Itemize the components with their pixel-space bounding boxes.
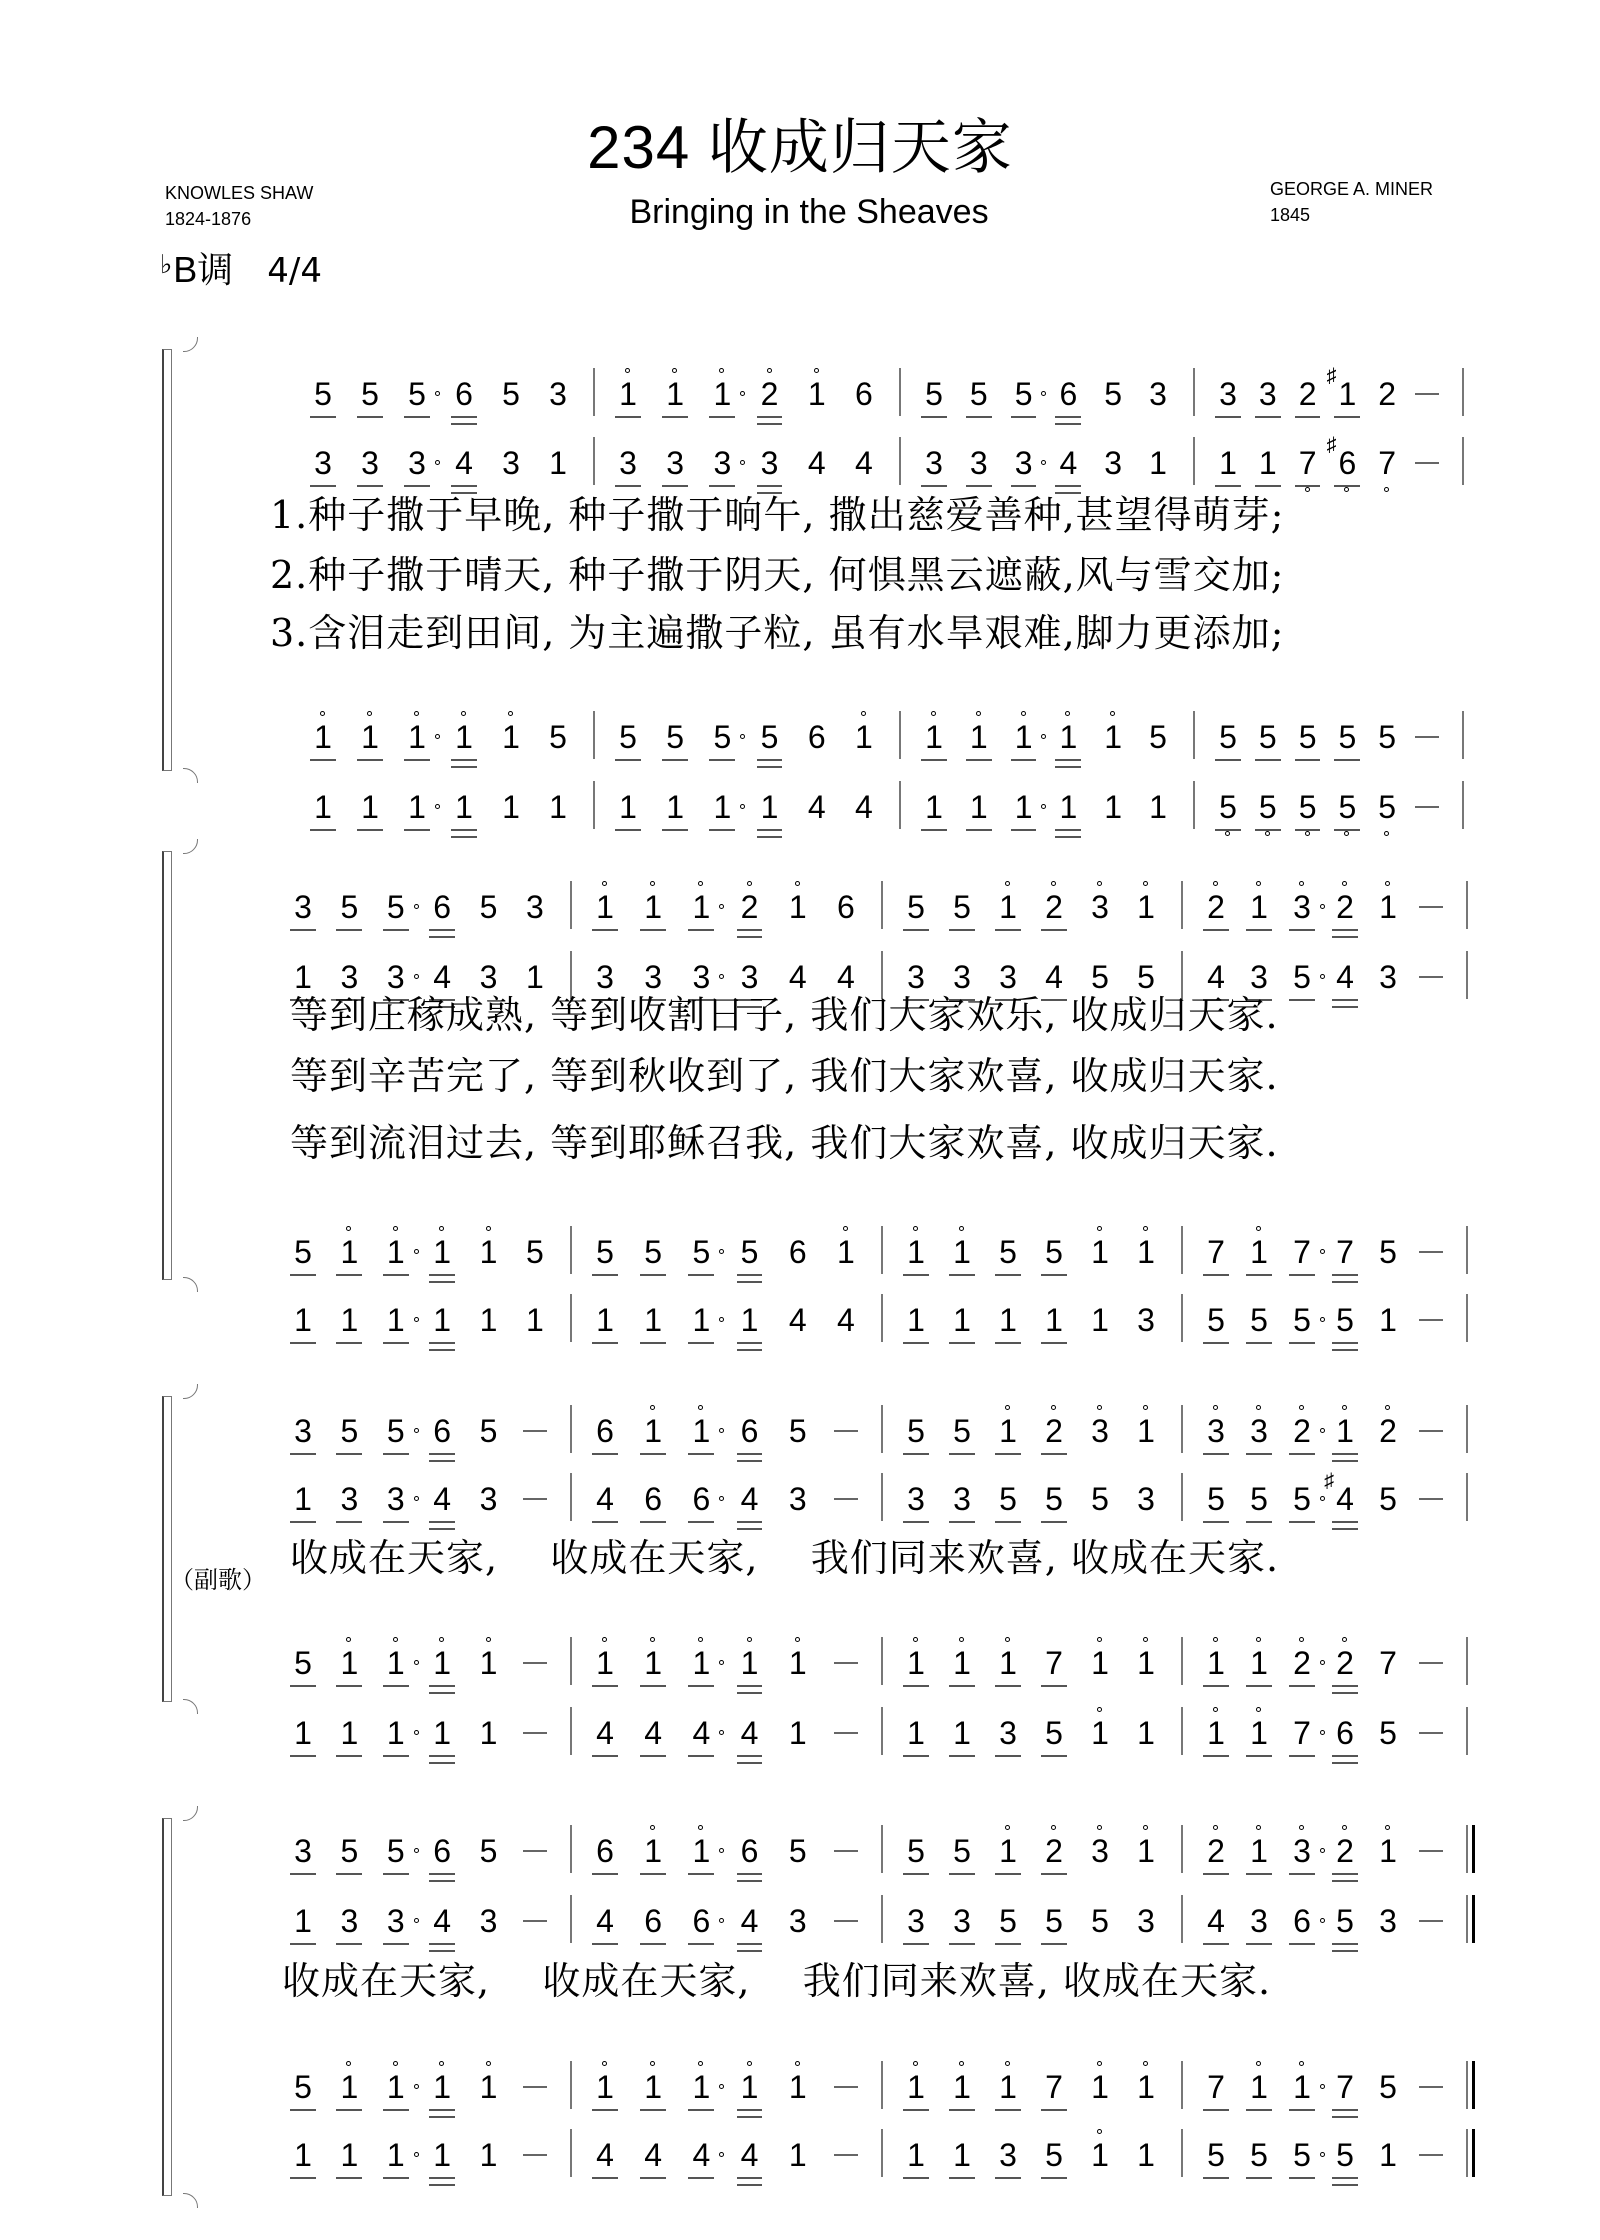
note: 1 — [737, 1300, 763, 1360]
note-digit: 1 — [999, 1643, 1017, 1683]
note: 4 — [640, 1713, 666, 1773]
note: 1 — [1203, 1643, 1229, 1703]
lyric-line-1: 收成在天家, 收成在天家, 我们同来欢喜, 收成在天家. — [282, 1957, 1271, 2005]
barline — [1466, 1405, 1468, 1453]
note-digit: 5 — [619, 717, 637, 757]
note-digit: 5 — [1336, 1300, 1354, 1340]
note: 3 — [1133, 1901, 1159, 1961]
note: 1 — [640, 2067, 666, 2127]
augmentation-dot-icon — [740, 734, 745, 739]
note-digit: 1 — [1259, 443, 1277, 483]
measure: 551231 — [903, 877, 1159, 937]
underline-beam — [1332, 1528, 1358, 1530]
note-digit: 5 — [314, 374, 332, 414]
underline-beam — [1332, 1762, 1358, 1764]
measure: 111111 — [290, 1290, 548, 1350]
underline-beam — [1246, 1274, 1272, 1276]
note-digit: 3 — [1015, 443, 1033, 483]
underline-beam — [737, 2116, 763, 2118]
high-octave-dot-icon — [767, 368, 772, 373]
note-digit: 7 — [1378, 443, 1396, 483]
note: 6 — [737, 1411, 763, 1471]
note-digit: 1 — [1336, 1411, 1354, 1451]
hold-dash — [1418, 1643, 1444, 1703]
note: 6 — [429, 887, 455, 947]
note: 1 — [737, 1643, 763, 1703]
barline — [1181, 2129, 1183, 2177]
underline-beam — [1215, 759, 1241, 761]
underline-beam — [429, 929, 455, 931]
note: 5 — [921, 374, 947, 434]
note: 5 — [1374, 787, 1400, 847]
barline — [1466, 1294, 1468, 1342]
note: 5 — [903, 1411, 929, 1471]
dash-glyph — [1419, 1850, 1443, 1852]
underline-beam — [451, 423, 477, 425]
high-octave-dot-icon — [913, 1637, 918, 1642]
note: 1 — [903, 1300, 929, 1360]
note-digit: 1 — [361, 717, 379, 757]
measure: 555653 — [921, 364, 1171, 424]
note-digit: 1 — [953, 1300, 971, 1340]
underline-beam — [737, 1873, 763, 1875]
note: 1 — [1087, 1643, 1113, 1703]
note-digit: 5 — [502, 374, 520, 414]
note-digit: 5 — [1045, 1232, 1063, 1272]
underline-beam — [310, 829, 336, 831]
augmentation-dot-icon — [719, 1848, 724, 1853]
low-octave-dot-icon — [1305, 487, 1310, 492]
note-digit: 1 — [1137, 2067, 1155, 2107]
lyric-line-2: 等到辛苦完了, 等到秋收到了, 我们大家欢喜, 收成归天家. — [290, 1052, 1279, 1100]
note: 5 — [404, 374, 430, 434]
note-digit: 5 — [294, 1643, 312, 1683]
staff-row-soprano: 355656116555123133212 — [0, 1401, 1600, 1461]
underline-beam — [1041, 2109, 1067, 2111]
note: 7 — [1041, 2067, 1067, 2127]
note-digit: 1 — [1149, 443, 1167, 483]
note: 1 — [545, 787, 571, 847]
measure: 111144 — [615, 777, 877, 837]
note: 3 — [336, 1479, 362, 1539]
underline-beam — [757, 416, 783, 418]
note: 4 — [429, 1901, 455, 1961]
measure: 11111 — [290, 1703, 548, 1763]
note-digit: 5 — [340, 1411, 358, 1451]
dash-glyph — [1415, 806, 1439, 808]
measure: 35565 — [290, 1821, 548, 1881]
dash-glyph — [523, 1498, 547, 1500]
note: 4 — [640, 2135, 666, 2195]
high-octave-dot-icon — [698, 1825, 703, 1830]
note: 7 — [1375, 1643, 1401, 1703]
key-signature: ♭B调4/4 — [160, 248, 322, 293]
underline-beam — [451, 485, 477, 487]
underline-beam — [757, 836, 783, 838]
note-digit: 3 — [408, 443, 426, 483]
underline-beam — [1289, 2109, 1315, 2111]
underline-beam — [640, 1453, 666, 1455]
composer-years: 1845 — [1270, 202, 1433, 228]
note-digit: 1 — [340, 1232, 358, 1272]
high-octave-dot-icon — [747, 881, 752, 886]
note-digit: 7 — [1336, 2067, 1354, 2107]
note: 4 — [833, 1300, 859, 1360]
underline-beam — [1203, 1342, 1229, 1344]
note-digit: 5 — [1338, 717, 1356, 757]
note: 1 — [688, 2067, 714, 2127]
note: 1 — [1145, 787, 1171, 847]
note: 1 — [429, 2067, 455, 2127]
high-octave-dot-icon — [1342, 1637, 1347, 1642]
note-digit: 6 — [741, 1411, 759, 1451]
underline-beam — [640, 1342, 666, 1344]
underline-beam — [903, 1943, 929, 1945]
underline-beam — [737, 2177, 763, 2179]
augmentation-dot-icon — [740, 460, 745, 465]
note-digit: 3 — [1250, 1411, 1268, 1451]
note: 1 — [1246, 1643, 1272, 1703]
underline-beam — [688, 1453, 714, 1455]
underline-beam — [1055, 766, 1081, 768]
note-digit: 4♯ — [1336, 1479, 1354, 1519]
note: 7 — [1374, 443, 1400, 503]
note: 5 — [1289, 2135, 1315, 2195]
underline-beam — [1011, 416, 1037, 418]
note-digit: 5 — [1219, 787, 1237, 827]
note-digit: 2 — [1293, 1411, 1311, 1451]
note-digit: 5 — [1250, 1300, 1268, 1340]
lyric-line-3: 3.含泪走到田间, 为主遍撒子粒, 虽有水旱艰难,脚力更添加; — [270, 609, 1284, 657]
note-digit: 1 — [970, 717, 988, 757]
underline-beam — [1289, 1453, 1315, 1455]
measure: 113511 — [903, 2125, 1159, 2185]
note: 1 — [833, 1232, 859, 1292]
underline-beam — [966, 829, 992, 831]
note-digit: 1 — [692, 1831, 710, 1871]
composer-name: GEORGE A. MINER — [1270, 176, 1433, 202]
high-octave-dot-icon — [1385, 1405, 1390, 1410]
note-digit: 5 — [1207, 1479, 1225, 1519]
note: 1 — [383, 1232, 409, 1292]
underline-beam — [1289, 999, 1315, 1001]
underline-beam — [995, 1342, 1021, 1344]
note: 2 — [1332, 1643, 1358, 1703]
note: 1 — [785, 2067, 811, 2127]
note-digit: 6 — [455, 374, 473, 414]
barline — [881, 2129, 883, 2177]
note: 1 — [688, 1411, 714, 1471]
note-digit: 1 — [549, 787, 567, 827]
note: 5 — [903, 1831, 929, 1891]
high-octave-dot-icon — [698, 2061, 703, 2066]
underline-beam — [640, 1274, 666, 1276]
barline — [881, 881, 883, 929]
hold-dash — [833, 1479, 859, 1539]
underline-beam — [688, 1943, 714, 1945]
high-octave-dot-icon — [1051, 1825, 1056, 1830]
measure: 21321 — [1203, 877, 1444, 937]
note: 1 — [336, 1643, 362, 1703]
high-octave-dot-icon — [1143, 1226, 1148, 1231]
underline-beam — [429, 1873, 455, 1875]
underline-beam — [1332, 1873, 1358, 1875]
underline-beam — [949, 1685, 975, 1687]
barline — [570, 1825, 572, 1873]
note: 6 — [688, 1901, 714, 1961]
note-digit: 3 — [480, 1901, 498, 1941]
dash-glyph — [523, 1732, 547, 1734]
underline-beam — [336, 1873, 362, 1875]
augmentation-dot-icon — [719, 1660, 724, 1665]
underline-beam — [1055, 829, 1081, 831]
measure: 511115 — [290, 1222, 548, 1282]
note: 1 — [592, 1643, 618, 1703]
note-digit: 4 — [808, 443, 826, 483]
note-digit: 4 — [741, 1713, 759, 1753]
note-digit: 1 — [1149, 787, 1167, 827]
note: 4 — [737, 2135, 763, 2195]
barline — [881, 1825, 883, 1873]
high-octave-dot-icon — [1143, 1637, 1148, 1642]
dash-glyph — [1415, 393, 1439, 395]
underline-beam — [737, 1460, 763, 1462]
high-octave-dot-icon — [1097, 1707, 1102, 1712]
note: 1 — [357, 787, 383, 847]
note: 3 — [785, 1901, 811, 1961]
low-octave-dot-icon — [1265, 831, 1270, 836]
augmentation-dot-icon — [719, 1730, 724, 1735]
note-digit: 1 — [480, 1232, 498, 1272]
note-digit: 1 — [408, 717, 426, 757]
underline-beam — [383, 1755, 409, 1757]
underline-beam — [737, 929, 763, 931]
underline-beam — [383, 2177, 409, 2179]
note-digit: 1 — [1137, 1643, 1155, 1683]
underline-beam — [1332, 2109, 1358, 2111]
note-digit: 2 — [1207, 887, 1225, 927]
underline-beam — [1332, 999, 1358, 1001]
augmentation-dot-icon — [1320, 1730, 1325, 1735]
note: 3 — [1133, 1479, 1159, 1539]
underline-beam — [921, 416, 947, 418]
measure: 551231 — [903, 1401, 1159, 1461]
underline-beam — [592, 1873, 618, 1875]
underline-beam — [1289, 1873, 1315, 1875]
high-octave-dot-icon — [1005, 1405, 1010, 1410]
note-digit: 4 — [692, 2135, 710, 2175]
underline-beam — [451, 416, 477, 418]
underline-beam — [1246, 1873, 1272, 1875]
barline — [1193, 711, 1195, 759]
dash-glyph — [1419, 906, 1443, 908]
barline — [881, 1473, 883, 1521]
note-digit: 1 — [1250, 1713, 1268, 1753]
note: 1 — [921, 787, 947, 847]
note: 4 — [804, 787, 830, 847]
note: 1 — [785, 2135, 811, 2195]
underline-beam — [451, 836, 477, 838]
augmentation-dot-icon — [1320, 2152, 1325, 2157]
high-octave-dot-icon — [1021, 711, 1026, 716]
note-digit: 1 — [1137, 1713, 1155, 1753]
note-digit: 5 — [1045, 1901, 1063, 1941]
note-digit: 1 — [526, 1300, 544, 1340]
underline-beam — [357, 416, 383, 418]
underline-beam — [688, 2177, 714, 2179]
underline-beam — [290, 1274, 316, 1276]
barline — [1181, 881, 1183, 929]
underline-beam — [429, 1342, 455, 1344]
note: 3 — [290, 1411, 316, 1471]
note-digit: 1 — [433, 1232, 451, 1272]
barline — [593, 781, 595, 829]
note: 1 — [429, 2135, 455, 2195]
note-digit: 5 — [361, 374, 379, 414]
high-octave-dot-icon — [976, 711, 981, 716]
underline-beam — [1332, 1685, 1358, 1687]
note: 7 — [1203, 2067, 1229, 2127]
staff-row-bass: 111114444111351155551 — [0, 2125, 1600, 2185]
note-digit: 6 — [433, 1831, 451, 1871]
note: 5 — [1087, 1479, 1113, 1539]
note-digit: 5 — [1379, 1479, 1397, 1519]
final-double-barline — [1466, 2061, 1468, 2109]
note: 5 — [1246, 2135, 1272, 2195]
note-digit: 4 — [855, 443, 873, 483]
underline-beam — [1246, 929, 1272, 931]
note: 1 — [949, 2135, 975, 2195]
barline — [570, 1405, 572, 1453]
note-digit: 3 — [999, 2135, 1017, 2175]
underline-beam — [1332, 1943, 1358, 1945]
augmentation-dot-icon — [1320, 1428, 1325, 1433]
note: 1 — [785, 1643, 811, 1703]
note: 6♯ — [1334, 443, 1360, 503]
note: 4 — [851, 787, 877, 847]
note-digit: 7 — [1207, 2067, 1225, 2107]
underline-beam — [662, 759, 688, 761]
barline — [1466, 1226, 1468, 1274]
underline-beam — [640, 1521, 666, 1523]
underline-beam — [310, 416, 336, 418]
note-digit: 1 — [953, 1232, 971, 1272]
augmentation-dot-icon — [1041, 460, 1046, 465]
hold-dash — [1418, 1411, 1444, 1471]
note-digit: 5 — [596, 1232, 614, 1272]
note-digit: 2 — [1045, 1831, 1063, 1871]
note-digit: 1 — [907, 1643, 925, 1683]
note-digit: 1 — [480, 1300, 498, 1340]
high-octave-dot-icon — [439, 1637, 444, 1642]
underline-beam — [737, 1349, 763, 1351]
note-digit: 5 — [925, 374, 943, 414]
note-digit: 5 — [1015, 374, 1033, 414]
underline-beam — [1203, 1521, 1229, 1523]
high-octave-dot-icon — [1110, 711, 1115, 716]
high-octave-dot-icon — [1342, 881, 1347, 886]
note: 1 — [737, 2067, 763, 2127]
note: 1 — [592, 1300, 618, 1360]
note: 5 — [1215, 787, 1241, 847]
note: 1 — [290, 1300, 316, 1360]
note-digit: 3 — [953, 1901, 971, 1941]
underline-beam — [383, 1685, 409, 1687]
underline-beam — [1332, 936, 1358, 938]
note: 1 — [592, 887, 618, 947]
note: 5 — [1334, 717, 1360, 777]
dash-glyph — [1419, 1430, 1443, 1432]
barline — [593, 437, 595, 485]
note-digit: 5 — [526, 1232, 544, 1272]
underline-beam — [1041, 1453, 1067, 1455]
note-digit: 1 — [1207, 1713, 1225, 1753]
underline-beam — [451, 759, 477, 761]
note: 1 — [851, 717, 877, 777]
note: 1 — [383, 1713, 409, 1773]
note-digit: 1 — [713, 787, 731, 827]
note-digit: 1 — [1137, 1411, 1155, 1451]
augmentation-dot-icon — [719, 1496, 724, 1501]
note-digit: 1 — [907, 2067, 925, 2107]
note-digit: 2 — [741, 887, 759, 927]
note: 3 — [1255, 374, 1281, 434]
note: 3 — [1246, 1411, 1272, 1471]
note: 5 — [290, 2067, 316, 2127]
barline — [1466, 951, 1468, 999]
note: 1 — [1133, 1831, 1159, 1891]
measure: 43653 — [1203, 1891, 1444, 1951]
note-digit: 3 — [1219, 374, 1237, 414]
high-octave-dot-icon — [1065, 711, 1070, 716]
note: 1 — [709, 374, 735, 434]
underline-beam — [336, 1755, 362, 1757]
high-octave-dot-icon — [795, 1637, 800, 1642]
high-octave-dot-icon — [414, 711, 419, 716]
note-digit: 5 — [1299, 717, 1317, 757]
note: 4 — [688, 1713, 714, 1773]
high-octave-dot-icon — [814, 368, 819, 373]
note-digit: 3 — [761, 443, 779, 483]
note: 1 — [383, 1300, 409, 1360]
note: 5 — [1203, 2135, 1229, 2195]
note-digit: 1 — [789, 2067, 807, 2107]
note-digit: 5 — [1045, 1479, 1063, 1519]
dash-glyph — [834, 1732, 858, 1734]
underline-beam — [688, 929, 714, 931]
note-digit: 1 — [1379, 1300, 1397, 1340]
underline-beam — [290, 1342, 316, 1344]
note-digit: 1 — [294, 1300, 312, 1340]
note: 5 — [1332, 1300, 1358, 1360]
measure: 11227 — [1203, 1633, 1444, 1693]
underline-beam — [1215, 416, 1241, 418]
high-octave-dot-icon — [346, 2061, 351, 2066]
note-digit: 6 — [855, 374, 873, 414]
note: 1 — [688, 887, 714, 947]
note: 3 — [1087, 887, 1113, 947]
underline-beam — [1041, 929, 1067, 931]
high-octave-dot-icon — [1005, 1825, 1010, 1830]
note-digit: 4 — [741, 2135, 759, 2175]
note-digit: 1 — [808, 374, 826, 414]
note: 3 — [383, 1901, 409, 1961]
note-digit: 4 — [1207, 1901, 1225, 1941]
note-digit: 3 — [907, 1901, 925, 1941]
note-digit: 6 — [644, 1479, 662, 1519]
underline-beam — [290, 929, 316, 931]
note: 6 — [1332, 1713, 1358, 1773]
